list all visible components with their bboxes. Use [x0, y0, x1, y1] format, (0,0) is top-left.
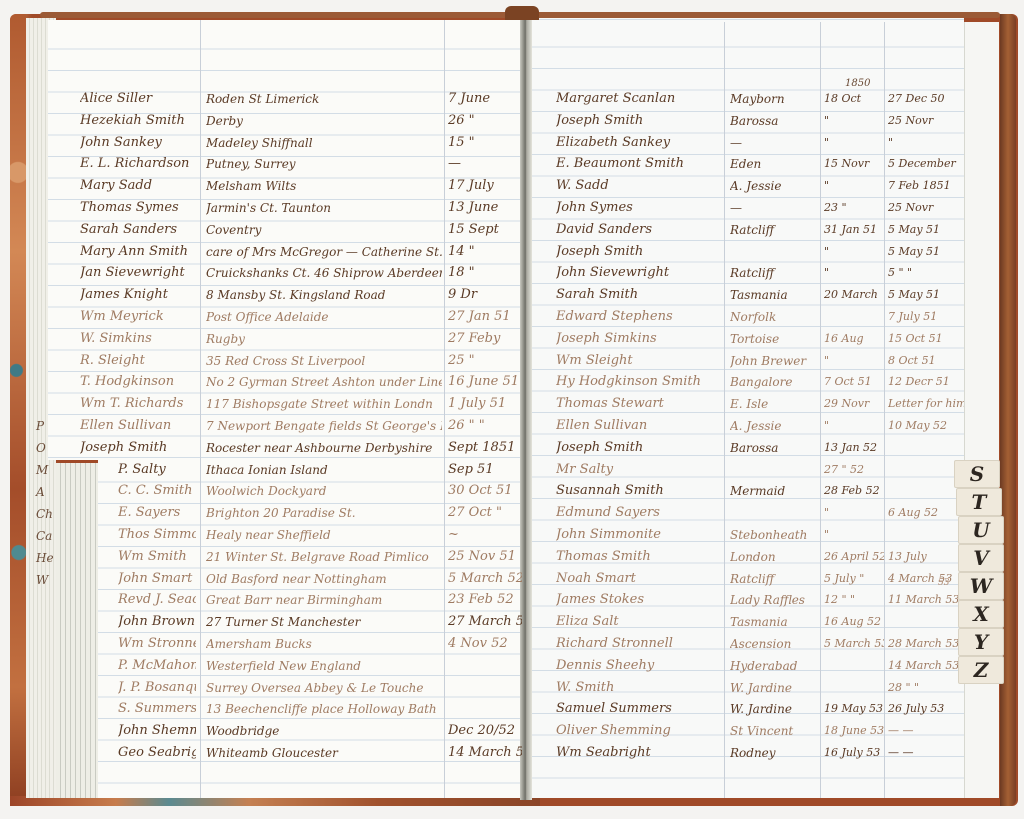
- entry-arrived: 7 Feb 1851: [888, 175, 964, 197]
- column-rule: [444, 20, 445, 798]
- entry-name: Edmund Sayers: [556, 502, 722, 524]
- entry-ship: W. Jardine: [730, 698, 818, 720]
- margin-letter: Ch: [36, 503, 54, 525]
- margin-letter: Ca: [36, 525, 54, 547]
- entry-name: Wm Meyrick: [80, 306, 196, 328]
- index-tab-s[interactable]: S: [954, 460, 1000, 488]
- entry-sailed: 26 April 52: [824, 546, 884, 568]
- entry-sailed: 18 June 53: [824, 720, 884, 742]
- entry-name: Jan Sievewright: [80, 262, 196, 284]
- entry-arrived: — —: [888, 742, 964, 764]
- entry-name: James Stokes: [556, 589, 722, 611]
- entry-arrived: 5 " ": [888, 262, 964, 284]
- margin-letter: W: [36, 569, 54, 591]
- index-tab-u[interactable]: U: [958, 516, 1004, 544]
- entry-arrived: 25 Novr: [888, 110, 964, 132]
- entry-name: Wm Smith: [118, 546, 196, 568]
- entry-name: Ellen Sullivan: [80, 415, 196, 437]
- entry-arrived: 12 Decr 51: [888, 371, 964, 393]
- entry-date: 14 ": [448, 241, 522, 263]
- entry-address: 13 Beechencliffe place Holloway Bath: [206, 698, 442, 720]
- entry-date: 23 Feb 52: [448, 589, 522, 611]
- entry-ship: A. Jessie: [730, 175, 818, 197]
- entry-name: T. Hodgkinson: [80, 371, 196, 393]
- column-rule: [724, 22, 725, 798]
- index-tab-t[interactable]: T: [956, 488, 1002, 516]
- entry-date: Sep 51: [448, 459, 522, 481]
- entry-date: ~: [448, 524, 522, 546]
- entry-ship: Rodney: [730, 742, 818, 764]
- entry-sailed: 20 March: [824, 284, 884, 306]
- entry-name: Wm Seabright: [556, 742, 722, 764]
- entry-name: E. Sayers: [118, 502, 196, 524]
- entry-sailed: ": [824, 502, 884, 524]
- entry-address: 7 Newport Bengate fields St George's Eas…: [206, 415, 442, 437]
- entry-ship: Barossa: [730, 110, 818, 132]
- column-rule: [884, 22, 885, 798]
- entry-date: 25 ": [448, 350, 522, 372]
- entry-address: Westerfield New England: [206, 655, 442, 677]
- entry-name: Mary Ann Smith: [80, 241, 196, 263]
- margin-letter: A: [36, 481, 54, 503]
- entry-ship: Mermaid: [730, 480, 818, 502]
- entry-ship: Stebonheath: [730, 524, 818, 546]
- entry-date: 4 Nov 52: [448, 633, 522, 655]
- entry-ship: Mayborn: [730, 88, 818, 110]
- spine-headband: [505, 6, 539, 20]
- entry-arrived: 5 May 51: [888, 219, 964, 241]
- entry-arrived: ": [888, 132, 964, 154]
- entry-name: Joseph Smith: [556, 110, 722, 132]
- entry-ship: A. Jessie: [730, 415, 818, 437]
- entry-sailed: ": [824, 524, 884, 546]
- entry-address: Great Barr near Birmingham: [206, 589, 442, 611]
- entry-name: John Symes: [556, 197, 722, 219]
- entry-address: Surrey Oversea Abbey & Le Touche: [206, 677, 442, 699]
- entry-name: P. McMahon: [118, 655, 196, 677]
- entry-ship: E. Isle: [730, 393, 818, 415]
- entry-address: Old Basford near Nottingham: [206, 568, 442, 590]
- entry-name: John Brown: [118, 611, 196, 633]
- entry-date: 27 March 52: [448, 611, 522, 633]
- left-page-stack-edges-lower: [56, 463, 100, 798]
- entry-ship: John Brewer: [730, 350, 818, 372]
- entry-name: Wm Sleight: [556, 350, 722, 372]
- entry-name: David Sanders: [556, 219, 722, 241]
- entry-sailed: 16 Aug: [824, 328, 884, 350]
- entry-name: Joseph Smith: [80, 437, 196, 459]
- entry-date: 27 Jan 51: [448, 306, 522, 328]
- entry-name: Susannah Smith: [556, 480, 722, 502]
- entry-name: Mary Sadd: [80, 175, 196, 197]
- entry-ship: Lady Raffles: [730, 589, 818, 611]
- entry-address: No 2 Gyrman Street Ashton under Line Lan…: [206, 371, 442, 393]
- entry-name: S. Summers: [118, 698, 196, 720]
- entry-name: Dennis Sheehy: [556, 655, 722, 677]
- entry-sailed: 5 July ": [824, 568, 884, 590]
- entry-name: Margaret Scanlan: [556, 88, 722, 110]
- entry-arrived: 5 December: [888, 153, 964, 175]
- entry-name: Mr Salty: [556, 459, 722, 481]
- entry-ship: London: [730, 546, 818, 568]
- entry-sailed: 7 Oct 51: [824, 371, 884, 393]
- entry-ship: Ascension: [730, 633, 818, 655]
- entry-name: Oliver Shemming: [556, 720, 722, 742]
- entry-sailed: 19 May 53: [824, 698, 884, 720]
- entry-ship: Ratcliff: [730, 219, 818, 241]
- entry-name: J. P. Bosanquet Esq: [118, 677, 196, 699]
- entry-sailed: 23 ": [824, 197, 884, 219]
- entry-address: 8 Mansby St. Kingsland Road: [206, 284, 442, 306]
- entry-ship: Eden: [730, 153, 818, 175]
- entry-date: 17 July: [448, 175, 522, 197]
- entry-address: 21 Winter St. Belgrave Road Pimlico: [206, 546, 442, 568]
- entry-date: —: [448, 153, 522, 175]
- entry-date: 25 Nov 51: [448, 546, 522, 568]
- entry-name: Thos Simmonite: [118, 524, 196, 546]
- column-rule: [820, 22, 821, 798]
- entry-date: 30 Oct 51: [448, 480, 522, 502]
- entry-name: E. Beaumont Smith: [556, 153, 722, 175]
- entry-arrived: 10 May 52: [888, 415, 964, 437]
- entry-sailed: ": [824, 110, 884, 132]
- entry-address: Derby: [206, 110, 442, 132]
- entry-arrived: 25 Novr: [888, 197, 964, 219]
- entry-address: Jarmin's Ct. Taunton: [206, 197, 442, 219]
- entry-ship: —: [730, 197, 818, 219]
- entry-date: 9 Dr: [448, 284, 522, 306]
- tab-margin-note: 53: [938, 578, 949, 588]
- entry-ship: Ratcliff: [730, 568, 818, 590]
- margin-letter: M: [36, 459, 54, 481]
- entry-sailed: ": [824, 350, 884, 372]
- index-tab-v[interactable]: V: [958, 544, 1004, 572]
- entry-arrived: 5 May 51: [888, 241, 964, 263]
- entry-sailed: 18 Oct: [824, 88, 884, 110]
- entry-name: E. L. Richardson: [80, 153, 196, 175]
- entry-ship: Tasmania: [730, 611, 818, 633]
- entry-name: Joseph Smith: [556, 437, 722, 459]
- entry-ship: Tasmania: [730, 284, 818, 306]
- entry-name: Sarah Smith: [556, 284, 722, 306]
- entry-date: 26 ": [448, 110, 522, 132]
- entry-name: John Smart: [118, 568, 196, 590]
- index-tab-y[interactable]: Y: [958, 628, 1004, 656]
- entry-address: Cruickshanks Ct. 46 Shiprow Aberdeen: [206, 262, 442, 284]
- entry-arrived: 15 Oct 51: [888, 328, 964, 350]
- entry-name: Eliza Salt: [556, 611, 722, 633]
- entry-name: Richard Stronnell: [556, 633, 722, 655]
- entry-address: Melsham Wilts: [206, 175, 442, 197]
- entry-ship: St Vincent: [730, 720, 818, 742]
- entry-address: Woolwich Dockyard: [206, 480, 442, 502]
- entry-name: Ellen Sullivan: [556, 415, 722, 437]
- entry-name: W. Simkins: [80, 328, 196, 350]
- entry-sailed: ": [824, 241, 884, 263]
- entry-name: John Simmonite: [556, 524, 722, 546]
- entry-name: Geo Seabright: [118, 742, 196, 764]
- entry-name: John Sievewright: [556, 262, 722, 284]
- entry-arrived: 7 July 51: [888, 306, 964, 328]
- entry-sailed: ": [824, 262, 884, 284]
- entry-sailed: 16 July 53: [824, 742, 884, 764]
- entry-ship: Hyderabad: [730, 655, 818, 677]
- entry-date: 7 June: [448, 88, 522, 110]
- entry-address: Rugby: [206, 328, 442, 350]
- entry-address: Roden St Limerick: [206, 88, 442, 110]
- entry-address: Post Office Adelaide: [206, 306, 442, 328]
- entry-name: W. Smith: [556, 677, 722, 699]
- entry-sailed: 31 Jan 51: [824, 219, 884, 241]
- entry-address: care of Mrs McGregor — Catherine St. Cal…: [206, 241, 442, 263]
- entry-date: Dec 20/52: [448, 720, 522, 742]
- entry-name: Edward Stephens: [556, 306, 722, 328]
- entry-date: 5 March 52: [448, 568, 522, 590]
- entry-sailed: 16 Aug 52: [824, 611, 884, 633]
- entry-name: Samuel Summers: [556, 698, 722, 720]
- book-cover-right-edge: [1000, 14, 1016, 806]
- entry-name: R. Sleight: [80, 350, 196, 372]
- entry-name: Thomas Stewart: [556, 393, 722, 415]
- entry-date: 26 " ": [448, 415, 522, 437]
- entry-ship: Ratcliff: [730, 262, 818, 284]
- entry-address: Putney, Surrey: [206, 153, 442, 175]
- entry-ship: Norfolk: [730, 306, 818, 328]
- entry-name: Thomas Symes: [80, 197, 196, 219]
- entry-arrived: — —: [888, 720, 964, 742]
- entry-address: 27 Turner St Manchester: [206, 611, 442, 633]
- entry-ship: —: [730, 132, 818, 154]
- entry-name: Joseph Smith: [556, 241, 722, 263]
- entry-date: 27 Oct ": [448, 502, 522, 524]
- entry-date: 15 Sept: [448, 219, 522, 241]
- entry-sailed: ": [824, 175, 884, 197]
- entry-name: Alice Siller: [80, 88, 196, 110]
- entry-name: Thomas Smith: [556, 546, 722, 568]
- entry-date: 1 July 51: [448, 393, 522, 415]
- entry-name: P. Salty: [118, 459, 196, 481]
- entry-address: Woodbridge: [206, 720, 442, 742]
- entry-ship: Bangalore: [730, 371, 818, 393]
- margin-letter: He: [36, 547, 54, 569]
- entry-address: Whiteamb Gloucester: [206, 742, 442, 764]
- entry-name: John Sankey: [80, 132, 196, 154]
- entry-name: Sarah Sanders: [80, 219, 196, 241]
- entry-name: Revd J. Seacroft: [118, 589, 196, 611]
- entry-name: Noah Smart: [556, 568, 722, 590]
- entry-name: Wm T. Richards: [80, 393, 196, 415]
- entry-date: 18 ": [448, 262, 522, 284]
- entry-arrived: Letter for him: [888, 393, 964, 415]
- entry-date: Sept 1851: [448, 437, 522, 459]
- entry-date: 13 June: [448, 197, 522, 219]
- entry-address: 117 Bishopsgate Street within Londn: [206, 393, 442, 415]
- entry-name: C. C. Smith: [118, 480, 196, 502]
- entry-name: Elizabeth Sankey: [556, 132, 722, 154]
- entry-name: James Knight: [80, 284, 196, 306]
- entry-name: Wm Stronnell: [118, 633, 196, 655]
- entry-sailed: 15 Novr: [824, 153, 884, 175]
- entry-address: Brighton 20 Paradise St.: [206, 502, 442, 524]
- entry-name: W. Sadd: [556, 175, 722, 197]
- marbled-spine-edge: [10, 14, 26, 806]
- entry-ship: W. Jardine: [730, 677, 818, 699]
- entry-address: 35 Red Cross St Liverpool: [206, 350, 442, 372]
- entry-arrived: 27 Dec 50: [888, 88, 964, 110]
- entry-arrived: 5 May 51: [888, 284, 964, 306]
- entry-ship: Tortoise: [730, 328, 818, 350]
- entry-name: Joseph Simkins: [556, 328, 722, 350]
- entry-address: Healy near Sheffield: [206, 524, 442, 546]
- entry-sailed: 27 " 52: [824, 459, 884, 481]
- entry-sailed: 28 Feb 52: [824, 480, 884, 502]
- entry-address: Rocester near Ashbourne Derbyshire: [206, 437, 442, 459]
- entry-name: John Shemming: [118, 720, 196, 742]
- entry-arrived: 8 Oct 51: [888, 350, 964, 372]
- entry-date: 16 June 51: [448, 371, 522, 393]
- entry-sailed: ": [824, 415, 884, 437]
- entry-sailed: 13 Jan 52: [824, 437, 884, 459]
- entry-date: 27 Feby: [448, 328, 522, 350]
- index-tab-z[interactable]: Z: [958, 656, 1004, 684]
- entry-name: Hy Hodgkinson Smith: [556, 371, 722, 393]
- entry-address: Ithaca Ionian Island: [206, 459, 442, 481]
- entry-address: Amersham Bucks: [206, 633, 442, 655]
- entry-address: Madeley Shiffnall: [206, 132, 442, 154]
- entry-sailed: 29 Novr: [824, 393, 884, 415]
- entry-sailed: 12 " ": [824, 589, 884, 611]
- entry-ship: Barossa: [730, 437, 818, 459]
- entry-address: Coventry: [206, 219, 442, 241]
- index-tab-w[interactable]: W: [958, 572, 1004, 600]
- entry-sailed: 5 March 53: [824, 633, 884, 655]
- entry-date: 15 ": [448, 132, 522, 154]
- alphabet-index-tabs: S T U V W 53 X Y Z: [950, 458, 1002, 708]
- entry-sailed: ": [824, 132, 884, 154]
- column-rule: [200, 20, 201, 798]
- index-tab-x[interactable]: X: [958, 600, 1004, 628]
- entry-name: Hezekiah Smith: [80, 110, 196, 132]
- entry-date: 14 March 53: [448, 742, 522, 764]
